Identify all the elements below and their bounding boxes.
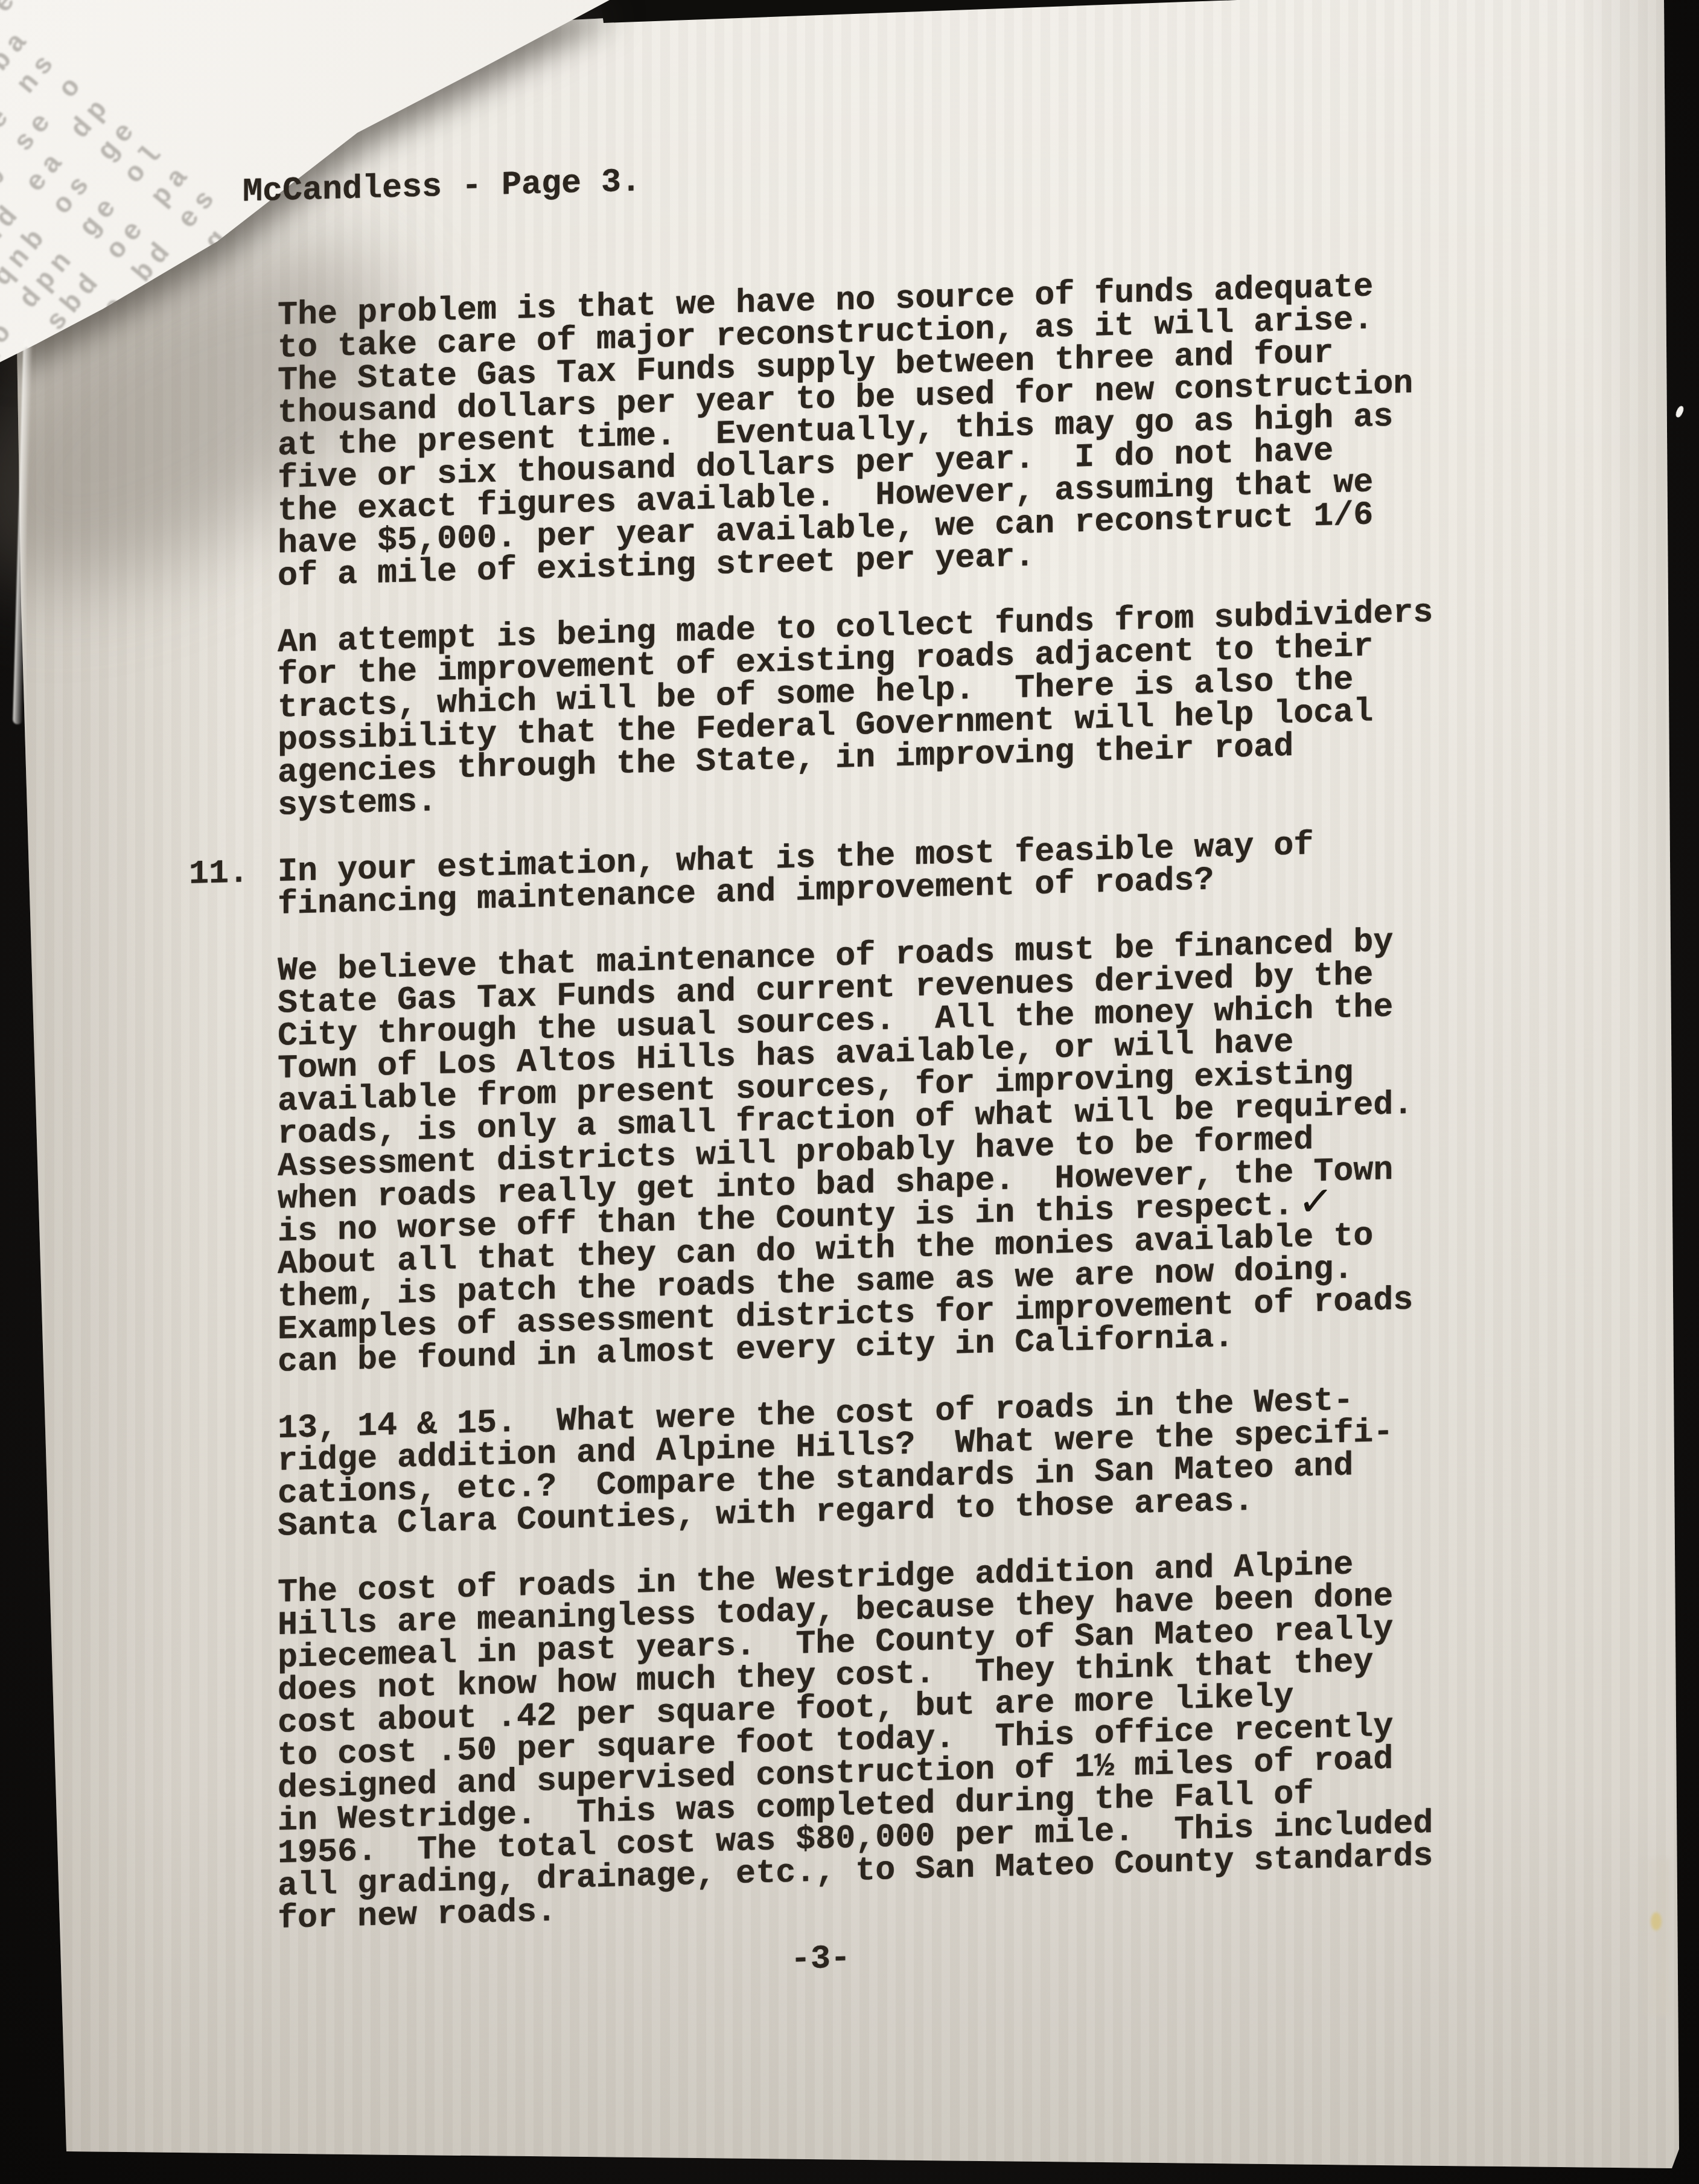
paper-blemish — [1651, 1912, 1662, 1930]
paragraph-block: The cost of roads in the Westridge addit… — [278, 1545, 1476, 1935]
under-sheet-edge — [1638, 1859, 1669, 2016]
paragraph-block: 13, 14 & 15. What were the cost of roads… — [278, 1381, 1476, 1543]
paragraph-block: The problem is that we have no source of… — [278, 268, 1476, 593]
typed-blocks: The problem is that we have no source of… — [278, 268, 1476, 1935]
checkmark-annotation: ✓ — [1298, 1201, 1334, 1202]
question-block: 11.In your estimation, what is the most … — [278, 825, 1476, 921]
typed-text-layer: McCandless - Page 3. The problem is that… — [278, 144, 1476, 1990]
scan-photo: pq ogs bdne sp oeel ooq spd ge babd saqe… — [0, 0, 1699, 2184]
question-number: 11. — [189, 857, 249, 891]
paragraph-block: We believe that maintenance of roads mus… — [278, 924, 1476, 1379]
paragraph-block: An attempt is being made to collect fund… — [278, 595, 1476, 822]
